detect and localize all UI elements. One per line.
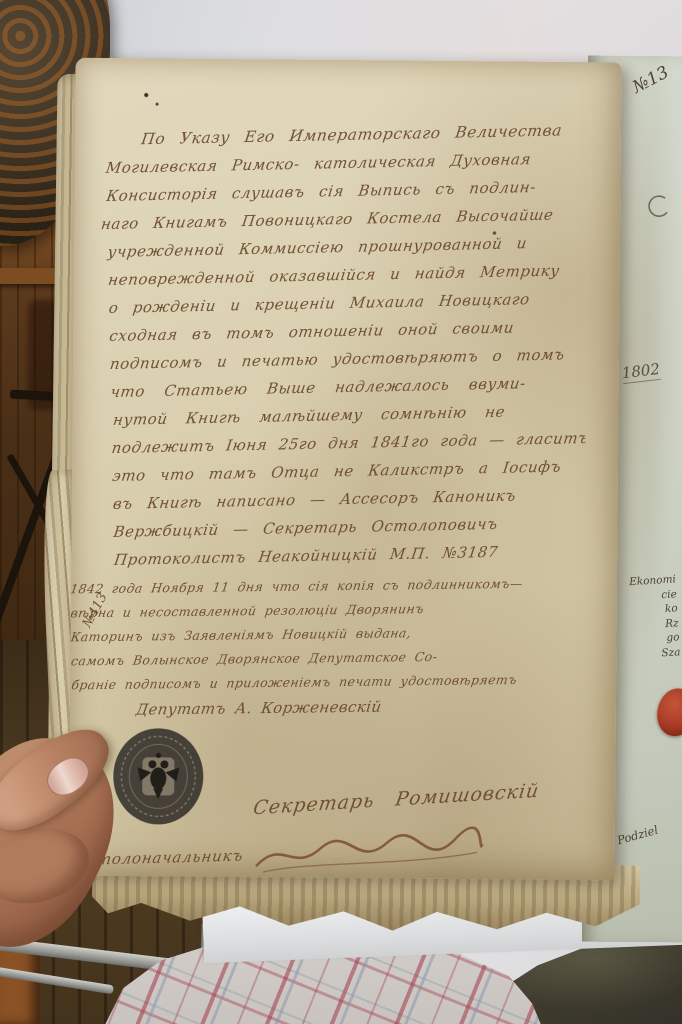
adjacent-page-number-note: №13 bbox=[629, 63, 672, 98]
clerk-signature: Столоначальникъ bbox=[81, 826, 489, 883]
attestation-text-block: 1842 года Ноября 11 дня что сія копія съ… bbox=[69, 575, 623, 732]
consistory-text-block: По Указу Его Императорскаго ВеличестваМо… bbox=[104, 121, 587, 579]
manuscript-page: По Указу Его Императорскаго ВеличестваМо… bbox=[68, 58, 621, 881]
double-headed-eagle-stamp bbox=[111, 726, 206, 827]
photo-of-archival-manuscript: №13 1802 EkonomiciеkoRzgoSza Podziel По … bbox=[0, 0, 682, 1024]
signature-flourish bbox=[248, 826, 490, 878]
adjacent-page-text-fragments: EkonomiciеkoRzgoSza bbox=[617, 572, 680, 662]
adjacent-page-bottom-note: Podziel bbox=[616, 823, 660, 848]
red-wax-seal-fragment bbox=[653, 685, 682, 739]
text-line: Sza bbox=[622, 645, 681, 663]
secretary-signature: Секретарь Ромишовскій bbox=[252, 780, 541, 820]
text-line: Депутатъ А. Корженевскій bbox=[133, 695, 625, 731]
adjacent-page-year-note: 1802 bbox=[621, 360, 661, 384]
ink-swirl-mark bbox=[641, 192, 671, 222]
